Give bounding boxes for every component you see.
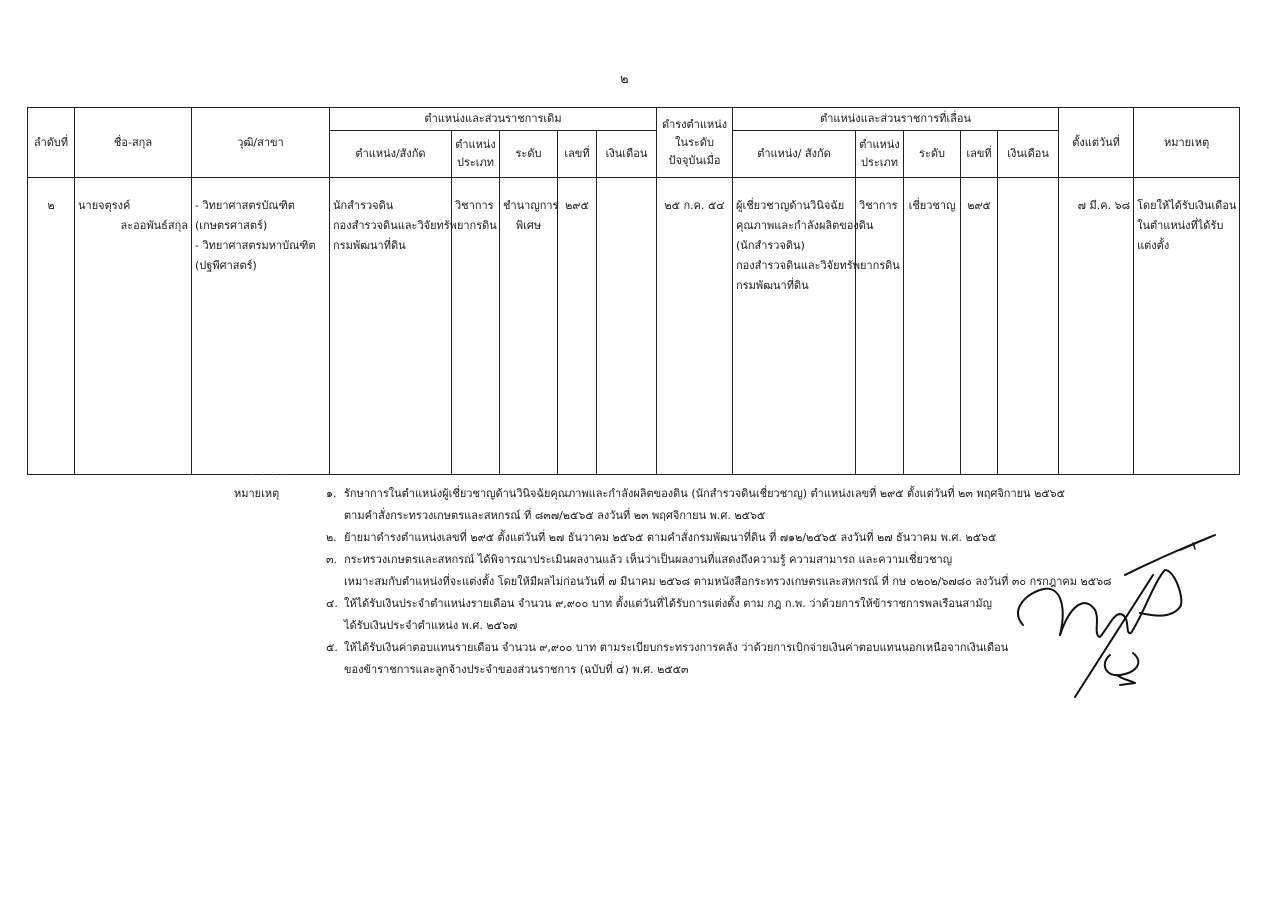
page-number: ๒: [620, 68, 629, 89]
table-row: ๒ นายจตุรงค์ ละออพันธ์สกุล - วิทยาศาสตรบ…: [28, 178, 1240, 475]
header-old-salary: เงินเดือน: [597, 131, 657, 178]
header-old-position: ตำแหน่ง/สังกัด: [330, 131, 452, 178]
header-new-salary: เงินเดือน: [998, 131, 1059, 178]
header-new-type: ตำแหน่ง ประเภท: [856, 131, 904, 178]
cell-note: โดยให้ได้รับเงินเดือน ในตำแหน่งที่ได้รับ…: [1134, 178, 1240, 475]
cell-name: นายจตุรงค์ ละออพันธ์สกุล: [75, 178, 192, 475]
header-old-level: ระดับ: [500, 131, 558, 178]
header-note: หมายเหตุ: [1134, 108, 1240, 178]
cell-new-number: ๒๙๕: [961, 178, 998, 475]
header-new-group: ตำแหน่งและส่วนราชการที่เลื่อน: [733, 108, 1059, 131]
header-current-level-since: ดำรงตำแหน่ง ในระดับ ปัจจุบันเมื่อ: [657, 108, 733, 178]
cell-new-salary: [998, 178, 1059, 475]
cell-current-level-since: ๒๕ ก.ค. ๕๔: [657, 178, 733, 475]
cell-old-number: ๒๙๕: [558, 178, 597, 475]
cell-old-salary: [597, 178, 657, 475]
header-effective-date: ตั้งแต่วันที่: [1059, 108, 1134, 178]
header-new-number: เลขที่: [961, 131, 998, 178]
cell-new-position: ผู้เชี่ยวชาญด้านวินิจฉัย คุณภาพและกำลังผ…: [733, 178, 856, 475]
cell-effective-date: ๗ มี.ค. ๖๘: [1059, 178, 1134, 475]
header-old-type: ตำแหน่ง ประเภท: [452, 131, 500, 178]
cell-new-level: เชี่ยวชาญ: [904, 178, 961, 475]
header-old-number: เลขที่: [558, 131, 597, 178]
signature-icon: [1005, 525, 1235, 705]
cell-seq: ๒: [28, 178, 75, 475]
promotion-table: ลำดับที่ ชื่อ-สกุล วุฒิ/สาขา ตำแหน่งและส…: [27, 107, 1240, 475]
cell-old-level: ชำนาญการ พิเศษ: [500, 178, 558, 475]
cell-degree: - วิทยาศาสตรบัณฑิต (เกษตรศาสตร์) - วิทยา…: [192, 178, 330, 475]
header-old-group: ตำแหน่งและส่วนราชการเดิม: [330, 108, 657, 131]
remarks-label: หมายเหตุ: [234, 483, 314, 505]
remark-item-1: ๑. รักษาการในตำแหน่งผู้เชี่ยวชาญด้านวินิ…: [326, 483, 1126, 527]
cell-old-position: นักสำรวจดิน กองสำรวจดินและวิจัยทรัพยากรด…: [330, 178, 452, 475]
scan-specks: · · · ·: [252, 472, 286, 479]
header-seq: ลำดับที่: [28, 108, 75, 178]
header-new-level: ระดับ: [904, 131, 961, 178]
header-new-position: ตำแหน่ง/ สังกัด: [733, 131, 856, 178]
header-degree: วุฒิ/สาขา: [192, 108, 330, 178]
header-name: ชื่อ-สกุล: [75, 108, 192, 178]
